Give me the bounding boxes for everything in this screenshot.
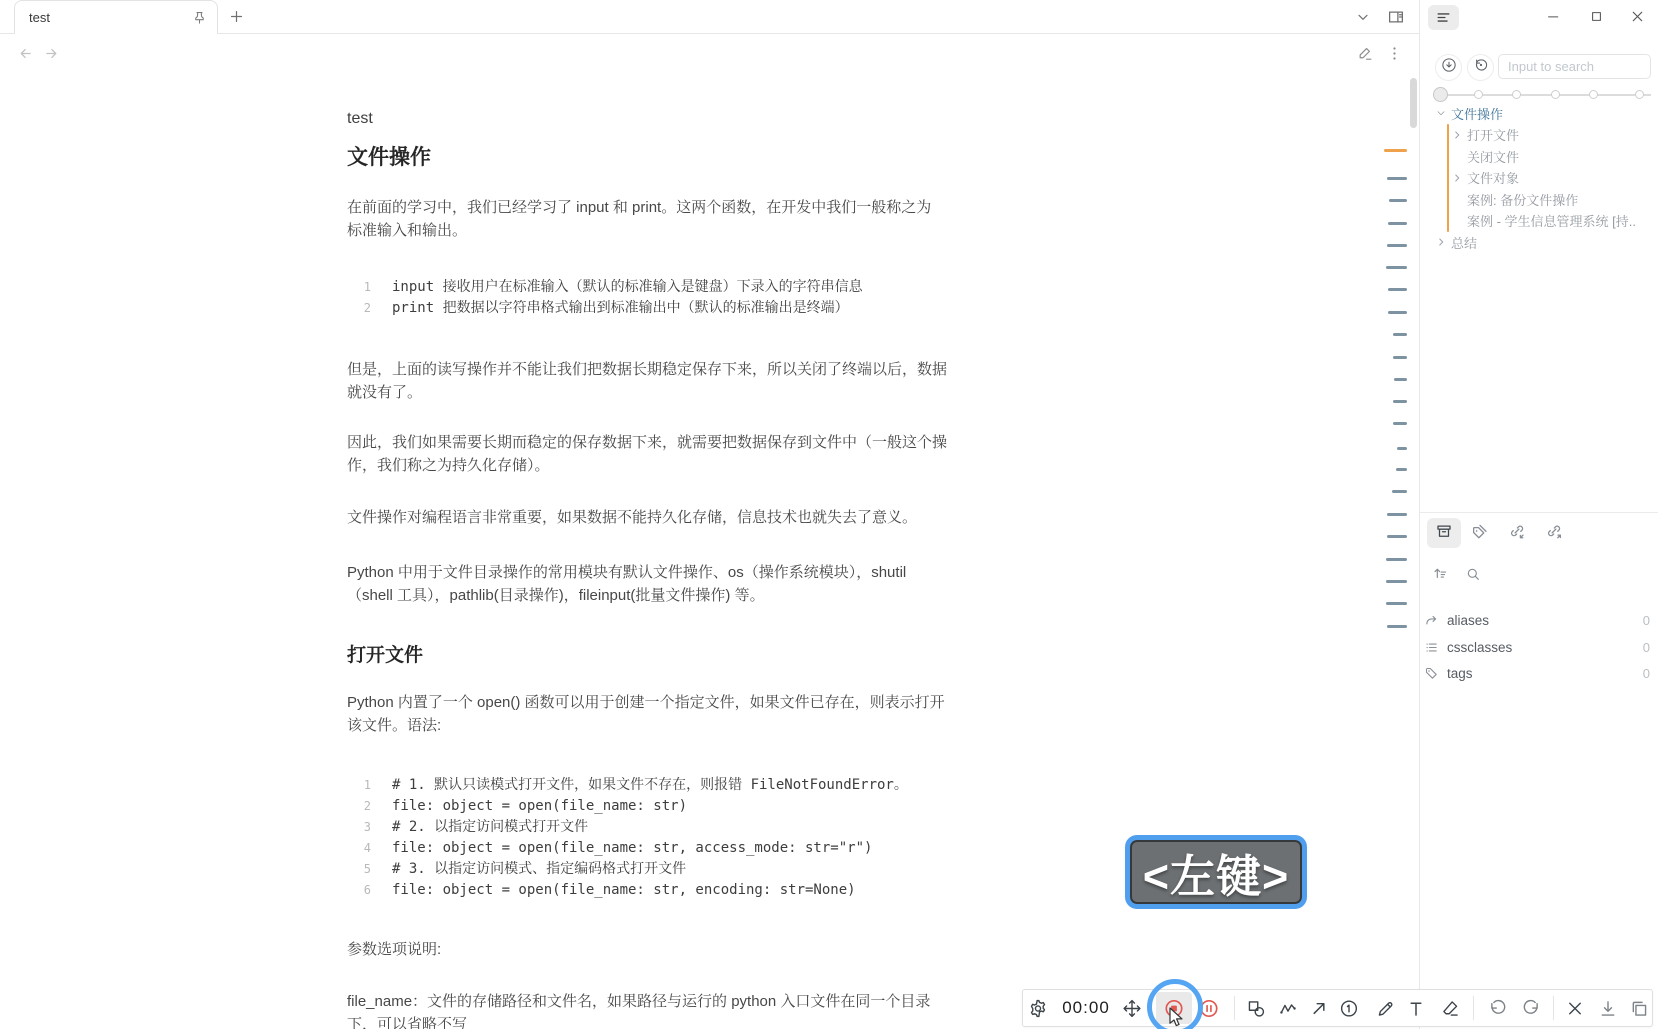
line-number: 6 bbox=[347, 880, 371, 901]
code-text: # 3. 以指定访问模式、指定编码格式打开文件 bbox=[392, 861, 686, 877]
history-slider-stop[interactable] bbox=[1512, 90, 1521, 99]
minimap-dash bbox=[1388, 311, 1407, 314]
minimap-dash bbox=[1387, 177, 1407, 180]
minimap-dash-active bbox=[1384, 149, 1407, 152]
minimap-dash bbox=[1389, 199, 1407, 202]
heading-1: 文件操作 bbox=[347, 141, 431, 171]
minimap-dash bbox=[1393, 400, 1407, 403]
paragraph: 文件操作对编程语言非常重要，如果数据不能持久化存储，信息技术也就失去了意义。 bbox=[347, 507, 917, 530]
minimap-dash bbox=[1393, 333, 1407, 336]
text-tool-icon bbox=[1406, 998, 1427, 1019]
chevron-right-icon[interactable] bbox=[1451, 129, 1463, 141]
property-count: 0 bbox=[1643, 640, 1650, 655]
code-block: 1input 接收用户在标准输入（默认的标准输入是键盘）下录入的字符串信息2pr… bbox=[347, 277, 972, 319]
number-marker-icon bbox=[1339, 998, 1360, 1019]
stop-recording-button[interactable] bbox=[1164, 990, 1185, 1026]
outline-item-label: 文件对象 bbox=[1467, 168, 1519, 187]
editor-scrollbar[interactable] bbox=[1410, 78, 1417, 128]
paragraph: 但是，上面的读写操作并不能让我们把数据长期稳定保存下来，所以关闭了终端以后，数据… bbox=[347, 359, 947, 404]
keypress-overlay-badge: <左键> bbox=[1125, 835, 1307, 909]
nav-forward-icon[interactable] bbox=[43, 45, 60, 62]
toolbar-divider bbox=[1150, 996, 1151, 1020]
property-label: cssclasses bbox=[1447, 640, 1643, 655]
minimap-dash bbox=[1386, 558, 1407, 561]
toolbar-divider bbox=[1234, 996, 1235, 1020]
panel-tab-link-in[interactable] bbox=[1500, 518, 1534, 548]
move-icon bbox=[1122, 998, 1143, 1019]
paragraph: file_name：文件的存储路径和文件名，如果路径与运行的 python 入口… bbox=[347, 991, 930, 1029]
property-label: aliases bbox=[1447, 613, 1643, 628]
code-text: file: object = open(file_name: str, enco… bbox=[392, 882, 856, 898]
save-download-icon bbox=[1598, 998, 1619, 1019]
history-slider-stop[interactable] bbox=[1589, 90, 1598, 99]
code-text: # 2. 以指定访问模式打开文件 bbox=[392, 819, 588, 835]
note-editor[interactable]: test文件操作在前面的学习中，我们已经学习了 input 和 print。这两… bbox=[347, 0, 972, 1029]
line-number: 2 bbox=[347, 298, 371, 319]
pen-tool-button[interactable] bbox=[1376, 990, 1397, 1026]
panel-section-divider bbox=[1420, 512, 1658, 513]
close-button[interactable] bbox=[1629, 8, 1646, 25]
settings-icon bbox=[1028, 998, 1049, 1019]
link-in-icon bbox=[1508, 522, 1526, 545]
line-number: 5 bbox=[347, 859, 371, 880]
arrow-tool-icon bbox=[1309, 998, 1330, 1019]
shapes-button[interactable] bbox=[1246, 990, 1267, 1026]
undo-button[interactable] bbox=[1488, 990, 1509, 1026]
minimap-dash bbox=[1386, 580, 1407, 583]
minimap-dash bbox=[1386, 602, 1407, 605]
outline-item-3[interactable]: 文件对象 bbox=[1451, 168, 1519, 188]
cancel-icon bbox=[1565, 998, 1586, 1019]
line-number: 1 bbox=[347, 775, 371, 796]
outline-item-6[interactable]: 总结 bbox=[1435, 232, 1477, 252]
redo-icon bbox=[1521, 998, 1542, 1019]
link-out-icon bbox=[1545, 522, 1563, 545]
minimap-dash bbox=[1387, 513, 1407, 516]
search-input[interactable] bbox=[1498, 54, 1651, 79]
chevron-down-icon[interactable] bbox=[1435, 107, 1447, 119]
text-tool-button[interactable] bbox=[1406, 990, 1427, 1026]
panel-divider bbox=[1419, 0, 1420, 1029]
minimize-button[interactable] bbox=[1545, 8, 1562, 25]
app-window: test test文件操作在前面的学习中，我们已经学习了 input 和 pri… bbox=[0, 0, 1658, 1029]
sort-icon[interactable] bbox=[1432, 565, 1449, 582]
outline-guide-line bbox=[1447, 124, 1449, 232]
minimap-dash bbox=[1387, 244, 1407, 247]
freehand-line-icon bbox=[1278, 998, 1299, 1019]
outline-item-label: 案例 - 学生信息管理系统 [持.. bbox=[1467, 211, 1636, 230]
new-tab-button[interactable] bbox=[228, 8, 245, 25]
tags-icon bbox=[1471, 522, 1489, 545]
tag-icon bbox=[1424, 666, 1440, 681]
minimap-dash bbox=[1397, 447, 1407, 450]
cancel-button[interactable] bbox=[1565, 990, 1586, 1026]
tab-test[interactable]: test bbox=[14, 0, 218, 34]
outline-item-0[interactable]: 文件操作 bbox=[1435, 103, 1503, 123]
shapes-icon bbox=[1246, 998, 1267, 1019]
archive-icon bbox=[1435, 522, 1453, 545]
property-label: tags bbox=[1447, 666, 1643, 681]
minimap-dash bbox=[1393, 422, 1407, 425]
heading-2: 打开文件 bbox=[347, 640, 423, 667]
maximize-button[interactable] bbox=[1588, 8, 1605, 25]
edit-mode-icon[interactable] bbox=[1357, 45, 1374, 62]
line-number: 1 bbox=[347, 277, 371, 298]
outline-item-1[interactable]: 打开文件 bbox=[1451, 125, 1519, 145]
undo-icon bbox=[1488, 998, 1509, 1019]
minimap-dash bbox=[1388, 288, 1407, 291]
minimap-dash bbox=[1396, 468, 1407, 471]
line-number: 3 bbox=[347, 817, 371, 838]
pen-tool-icon bbox=[1376, 998, 1397, 1019]
outline-item-5[interactable]: 案例 - 学生信息管理系统 [持.. bbox=[1451, 211, 1636, 231]
history-slider-stop[interactable] bbox=[1635, 90, 1644, 99]
history-slider-stop[interactable] bbox=[1474, 90, 1483, 99]
paragraph: 参数选项说明: bbox=[347, 939, 441, 962]
panel-tab-archive[interactable] bbox=[1427, 518, 1461, 548]
menu-button[interactable] bbox=[1428, 5, 1459, 30]
panel-tab-link-out[interactable] bbox=[1537, 518, 1571, 548]
pin-icon[interactable] bbox=[192, 10, 207, 25]
property-row-cssclasses[interactable]: cssclasses0 bbox=[1424, 637, 1650, 657]
note-title: test bbox=[347, 110, 373, 128]
paragraph: Python 中用于文件目录操作的常用模块有默认文件操作、os（操作系统模块），… bbox=[347, 562, 906, 607]
code-text: file: object = open(file_name: str) bbox=[392, 798, 687, 814]
outline-item-2[interactable]: 关闭文件 bbox=[1451, 146, 1519, 166]
redo-button[interactable] bbox=[1521, 990, 1542, 1026]
settings-button[interactable] bbox=[1028, 990, 1049, 1026]
save-download-button[interactable] bbox=[1598, 990, 1619, 1026]
nav-back-icon[interactable] bbox=[17, 45, 34, 62]
circle-down-icon bbox=[1441, 57, 1457, 78]
line-number: 4 bbox=[347, 838, 371, 859]
filter-search-icon[interactable] bbox=[1465, 566, 1481, 582]
copy-button[interactable] bbox=[1629, 990, 1650, 1026]
outline-item-label: 关闭文件 bbox=[1467, 147, 1519, 166]
outline-item-label: 文件操作 bbox=[1451, 104, 1503, 123]
minimap-dash bbox=[1394, 378, 1407, 381]
history-slider-stop[interactable] bbox=[1551, 90, 1560, 99]
history-slider-handle[interactable] bbox=[1433, 87, 1448, 102]
minimap-dash bbox=[1386, 266, 1407, 269]
pause-recording-icon bbox=[1199, 998, 1220, 1019]
property-count: 0 bbox=[1643, 613, 1650, 628]
history-slider-track[interactable] bbox=[1437, 94, 1651, 96]
list-icon bbox=[1424, 640, 1440, 655]
pause-recording-button[interactable] bbox=[1199, 990, 1220, 1026]
code-text: print 把数据以字符串格式输出到标准输出中（默认的标准输出是终端） bbox=[392, 300, 849, 316]
minimap-dash bbox=[1393, 356, 1407, 359]
outline-item-label: 打开文件 bbox=[1467, 125, 1519, 144]
freehand-line-button[interactable] bbox=[1278, 990, 1299, 1026]
chevron-down-icon[interactable] bbox=[1355, 9, 1371, 25]
code-text: input 接收用户在标准输入（默认的标准输入是键盘）下录入的字符串信息 bbox=[392, 279, 863, 295]
history-button[interactable] bbox=[1467, 54, 1494, 81]
property-row-aliases[interactable]: aliases0 bbox=[1424, 610, 1650, 630]
line-number: 2 bbox=[347, 796, 371, 817]
recorder-toolbar: 00:00 bbox=[1022, 989, 1653, 1027]
alias-icon bbox=[1424, 613, 1440, 628]
stop-recording-icon bbox=[1164, 998, 1185, 1019]
tab-title: test bbox=[29, 10, 192, 25]
arrow-tool-button[interactable] bbox=[1309, 990, 1330, 1026]
copy-icon bbox=[1629, 998, 1650, 1019]
paragraph: 在前面的学习中，我们已经学习了 input 和 print。这两个函数，在开发中… bbox=[347, 197, 931, 242]
number-marker-button[interactable] bbox=[1339, 990, 1360, 1026]
timer-display: 00:00 bbox=[1062, 990, 1110, 1026]
property-count: 0 bbox=[1643, 666, 1650, 681]
move-button[interactable] bbox=[1122, 990, 1143, 1026]
code-text: # 1. 默认只读模式打开文件，如果文件不存在，则报错 FileNotFound… bbox=[392, 777, 908, 793]
layout-panel-icon[interactable] bbox=[1387, 8, 1405, 26]
chevron-right-icon[interactable] bbox=[1435, 236, 1447, 248]
history-icon bbox=[1473, 57, 1489, 78]
chevron-right-icon[interactable] bbox=[1451, 172, 1463, 184]
paragraph: Python 内置了一个 open() 函数可以用于创建一个指定文件，如果文件已… bbox=[347, 692, 945, 737]
property-row-tags[interactable]: tags0 bbox=[1424, 663, 1650, 683]
minimap-dash bbox=[1387, 625, 1407, 628]
code-text: file: object = open(file_name: str, acce… bbox=[392, 840, 872, 856]
eraser-tool-button[interactable] bbox=[1440, 990, 1461, 1026]
window-title-area bbox=[1419, 0, 1658, 34]
panel-tab-tags[interactable] bbox=[1463, 518, 1497, 548]
more-options-icon[interactable] bbox=[1386, 45, 1403, 62]
paragraph: 因此，我们如果需要长期而稳定的保存数据下来，就需要把数据保存到文件中（一般这个操… bbox=[347, 432, 947, 477]
minimap-dash bbox=[1388, 222, 1407, 225]
jump-bottom-button[interactable] bbox=[1435, 54, 1462, 81]
code-block: 1# 1. 默认只读模式打开文件，如果文件不存在，则报错 FileNotFoun… bbox=[347, 775, 972, 901]
eraser-tool-icon bbox=[1440, 998, 1461, 1019]
toolbar-divider bbox=[1473, 996, 1474, 1020]
minimap-dash bbox=[1387, 535, 1407, 538]
minimap-dash bbox=[1392, 490, 1407, 493]
outline-item-label: 案例: 备份文件操作 bbox=[1467, 190, 1578, 209]
outline-item-label: 总结 bbox=[1451, 233, 1477, 252]
toolbar-divider bbox=[1553, 996, 1554, 1020]
outline-item-4[interactable]: 案例: 备份文件操作 bbox=[1451, 189, 1578, 209]
